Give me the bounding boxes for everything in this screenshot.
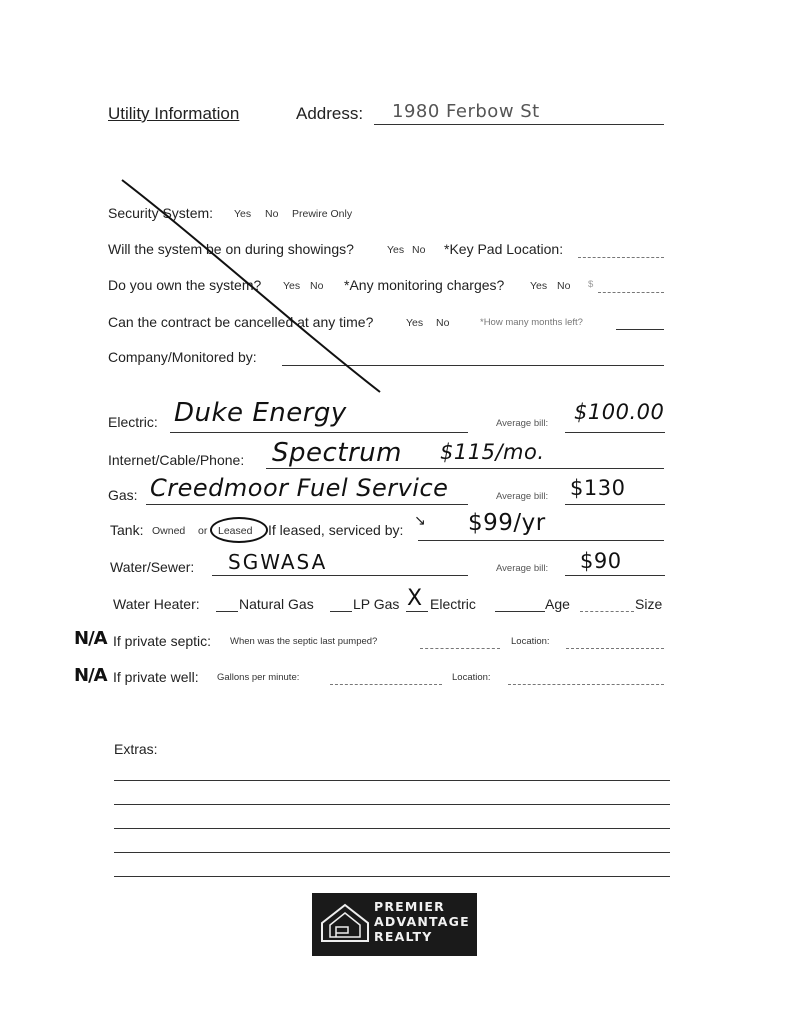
gas-provider-line: [146, 504, 468, 505]
internet-line: [266, 468, 664, 469]
septic-location-field[interactable]: [566, 648, 664, 649]
extras-line-3[interactable]: [114, 828, 670, 829]
water-provider-value[interactable]: SGWASA: [228, 550, 327, 574]
electric-bill-label: Average bill:: [496, 418, 548, 429]
premier-advantage-realty-logo: PREMIER ADVANTAGE REALTY: [312, 893, 477, 956]
well-location-label: Location:: [452, 672, 491, 683]
electric-bill-line: [565, 432, 665, 433]
internet-label: Internet/Cable/Phone:: [108, 452, 244, 468]
natural-gas-option: Natural Gas: [239, 596, 314, 612]
water-provider-line: [212, 575, 468, 576]
water-bill-line: [565, 575, 665, 576]
well-na-mark: N/A: [74, 665, 107, 686]
private-well-label: If private well:: [113, 669, 199, 685]
lp-gas-option: LP Gas: [353, 596, 399, 612]
private-septic-label: If private septic:: [113, 633, 211, 649]
septic-location-label: Location:: [511, 636, 550, 647]
extras-label: Extras:: [114, 741, 158, 757]
house-icon: [318, 901, 372, 945]
gas-label: Gas:: [108, 487, 138, 503]
gas-bill-value[interactable]: $130: [570, 476, 625, 500]
water-heater-label: Water Heater:: [113, 596, 200, 612]
gallons-per-minute-field[interactable]: [330, 684, 442, 685]
septic-pumped-field[interactable]: [420, 648, 500, 649]
electric-bill-value[interactable]: $100.00: [574, 400, 664, 424]
tank-or-text: or: [198, 525, 207, 537]
leased-selection-circle: [210, 517, 268, 543]
extras-line-4[interactable]: [114, 852, 670, 853]
tank-serviced-line: [418, 540, 664, 541]
extras-line-5[interactable]: [114, 876, 670, 877]
electric-checked-mark: X: [407, 586, 423, 611]
electric-checkbox[interactable]: [406, 611, 428, 612]
tank-serviced-value[interactable]: $99/yr: [468, 510, 546, 536]
age-field[interactable]: [495, 611, 545, 612]
water-sewer-label: Water/Sewer:: [110, 559, 194, 575]
water-bill-value[interactable]: $90: [580, 549, 622, 573]
electric-option: Electric: [430, 596, 476, 612]
well-location-field[interactable]: [508, 684, 664, 685]
logo-line-2: ADVANTAGE: [374, 914, 470, 929]
strike-through-mark: [0, 0, 791, 420]
gas-bill-label: Average bill:: [496, 491, 548, 502]
size-field[interactable]: [580, 611, 634, 612]
electric-label: Electric:: [108, 414, 158, 430]
electric-provider-line: [170, 432, 468, 433]
septic-pumped-question: When was the septic last pumped?: [230, 636, 377, 647]
extras-line-1[interactable]: [114, 780, 670, 781]
lp-gas-checkbox[interactable]: [330, 611, 352, 612]
gallons-per-minute-label: Gallons per minute:: [217, 672, 299, 683]
septic-na-mark: N/A: [74, 628, 107, 649]
tank-label: Tank:: [110, 522, 143, 538]
gas-provider-value[interactable]: Creedmoor Fuel Service: [150, 474, 448, 502]
age-label: Age: [545, 596, 570, 612]
internet-provider-value[interactable]: Spectrum: [272, 438, 402, 468]
electric-provider-value[interactable]: Duke Energy: [174, 398, 347, 428]
arrow-down-icon: ↘: [414, 512, 426, 529]
internet-bill-value[interactable]: $115/mo.: [440, 440, 545, 464]
natural-gas-checkbox[interactable]: [216, 611, 238, 612]
tank-serviced-label: If leased, serviced by:: [268, 522, 403, 538]
logo-line-1: PREMIER: [374, 899, 470, 914]
logo-line-3: REALTY: [374, 929, 470, 944]
water-bill-label: Average bill:: [496, 563, 548, 574]
gas-bill-line: [565, 504, 665, 505]
extras-line-2[interactable]: [114, 804, 670, 805]
tank-owned-option[interactable]: Owned: [152, 525, 185, 537]
size-label: Size: [635, 596, 662, 612]
